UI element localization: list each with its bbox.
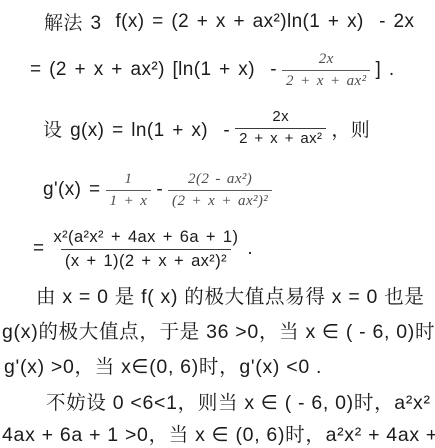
period: . <box>247 238 253 260</box>
document-page: 解法 3 f(x) = (2 + x + ax²)ln(1 + x) - 2x … <box>0 0 435 448</box>
fraction-denominator: (x + 1)(2 + x + ax²)² <box>61 249 231 272</box>
fraction-numerator: x²(a²x² + 4ax + 6a + 1) <box>50 227 243 249</box>
formula-text: = (2 + x + ax²) [ln(1 + x) - <box>30 59 277 81</box>
paragraph-line: 不妨设 0 <6<1，则当 x ∈ ( - 6, 0)时，a²x² + <box>46 388 435 418</box>
formula-text: 设 g(x) = ln(1 + x) - <box>43 115 230 142</box>
fraction-numerator: 2(2 - ax²) <box>184 170 256 190</box>
paragraph-line: 4ax + 6a + 1 >0，当 x ∈ (0, 6)时，a²x² + 4ax… <box>2 420 435 448</box>
formula-line-definition: 解法 3 f(x) = (2 + x + ax²)ln(1 + x) - 2x <box>44 8 414 35</box>
fraction: 2x 2 + x + ax² <box>235 108 326 149</box>
fraction-numerator: 2x <box>315 50 338 70</box>
fraction-numerator: 1 <box>120 170 136 190</box>
equals-sign: = <box>33 238 45 260</box>
solution-heading: 解法 3 <box>44 8 101 35</box>
formula-text: ] . <box>375 59 394 81</box>
fraction: 2(2 - ax²) (2 + x + ax²)² <box>168 170 272 211</box>
fraction: x²(a²x² + 4ax + 6a + 1) (x + 1)(2 + x + … <box>50 227 243 271</box>
fraction: 1 1 + x <box>106 170 152 211</box>
formula-text: g'(x) = <box>43 179 101 201</box>
formula-line-derivative: g'(x) = 1 1 + x - 2(2 - ax²) (2 + x + ax… <box>43 162 277 218</box>
formula-text: ，则 <box>331 115 370 142</box>
formula-line-factored: = (2 + x + ax²) [ln(1 + x) - 2x 2 + x + … <box>30 44 395 96</box>
fraction-denominator: 2 + x + ax² <box>235 128 326 149</box>
fraction: 2x 2 + x + ax² <box>282 50 370 91</box>
formula-text: f(x) = (2 + x + ax²)ln(1 + x) - 2x <box>115 11 414 33</box>
fraction-numerator: 2x <box>268 108 293 128</box>
minus-sign: - <box>156 179 163 201</box>
formula-line-g-definition: 设 g(x) = ln(1 + x) - 2x 2 + x + ax² ，则 <box>43 101 370 155</box>
fraction-denominator: (2 + x + ax²)² <box>168 190 272 211</box>
paragraph-line: g(x)的极大值点，于是 36 >0，当 x ∈ ( - 6, 0)时， <box>2 317 435 347</box>
paragraph-line: g'(x) >0，当 x∈(0, 6)时，g'(x) <0 . <box>4 352 322 382</box>
paragraph-line: 由 x = 0 是 f( x) 的极大值点易得 x = 0 也是 <box>36 282 425 312</box>
formula-line-simplified: = x²(a²x² + 4ax + 6a + 1) (x + 1)(2 + x … <box>33 220 253 278</box>
fraction-denominator: 2 + x + ax² <box>282 70 370 91</box>
fraction-denominator: 1 + x <box>106 190 152 211</box>
